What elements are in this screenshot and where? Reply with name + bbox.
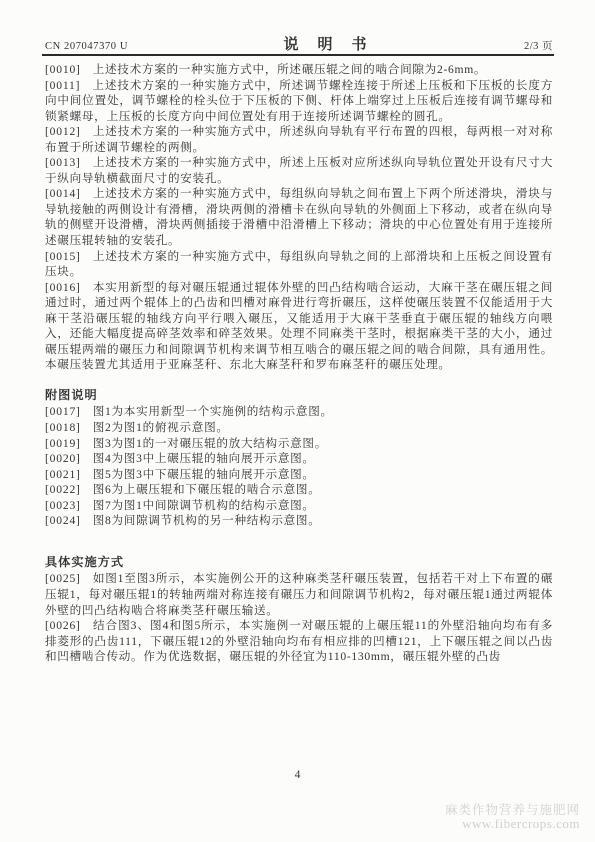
paragraph: [0020]图4为图3中上碾压辊的轴向展开示意图。	[45, 451, 553, 467]
paragraph-number: [0022]	[45, 482, 81, 498]
paragraph-text: 上述技术方案的一种实施方式中，所述上压板对应所述纵向导轨位置处开设有尺寸大于纵向…	[45, 156, 553, 185]
paragraph: [0022]图6为上碾压辊和下碾压辊的啮合示意图。	[45, 482, 553, 498]
paragraph: [0013]上述技术方案的一种实施方式中，所述上压板对应所述纵向导轨位置处开设有…	[45, 155, 553, 186]
paragraph-text: 图3为图1的一对碾压辊的放大结构示意图。	[93, 437, 327, 450]
paragraph-text: 图2为图1的俯视示意图。	[93, 421, 229, 434]
paragraph-text: 上述技术方案的一种实施方式中，每组纵向导轨之间的上部滑块和上压板之间设置有压块。	[45, 250, 553, 279]
paragraph-number: [0021]	[45, 467, 81, 483]
paragraph-number: [0018]	[45, 420, 81, 436]
paragraph-number: [0015]	[45, 249, 81, 265]
paragraph: [0010]上述技术方案的一种实施方式中，所述碾压辊之间的啮合间隙为2-6mm。	[45, 62, 553, 78]
header-divider	[42, 54, 554, 56]
watermark-site-name: 麻类作物营养与施肥网	[445, 803, 580, 817]
paragraph: [0024]图8为间隙调节机构的另一种结构示意图。	[45, 513, 553, 529]
paragraph-text: 图1为本实用新型一个实施例的结构示意图。	[93, 405, 333, 418]
paragraph: [0021]图5为图3中下碾压辊的轴向展开示意图。	[45, 467, 553, 483]
paragraph-text: 图5为图3中下碾压辊的轴向展开示意图。	[93, 468, 315, 481]
paragraph-number: [0010]	[45, 62, 81, 78]
paragraph-number: [0024]	[45, 513, 81, 529]
paragraph: [0011]上述技术方案的一种实施方式中，所述调节螺栓连接于所述上压板和下压板的…	[45, 78, 553, 125]
paragraph-number: [0014]	[45, 186, 81, 202]
paragraph-text: 上述技术方案的一种实施方式中，所述纵向导轨有平行布置的四根，每两根一对对称布置于…	[45, 125, 553, 154]
paragraph-text: 上述技术方案的一种实施方式中，所述碾压辊之间的啮合间隙为2-6mm。	[93, 63, 487, 76]
paragraph: [0026]结合图3、图4和图5所示，本实施例一对碾压辊的上碾压辊11的外壁沿轴…	[45, 618, 553, 665]
paragraph: [0019]图3为图1的一对碾压辊的放大结构示意图。	[45, 436, 553, 452]
paragraph-number: [0016]	[45, 280, 81, 296]
paragraph-text: 图4为图3中上碾压辊的轴向展开示意图。	[93, 452, 315, 465]
paragraph-number: [0011]	[45, 78, 80, 94]
page-indicator: 2/3 页	[524, 38, 553, 53]
document-number: CN 207047370 U	[45, 41, 128, 52]
page-number: 4	[0, 769, 595, 781]
page-header: CN 207047370 U 说 明 书 2/3 页	[45, 33, 553, 54]
paragraph: [0012]上述技术方案的一种实施方式中，所述纵向导轨有平行布置的四根，每两根一…	[45, 124, 553, 155]
paragraph-number: [0026]	[45, 618, 81, 634]
paragraph-text: 如图1至图3所示，本实施例公开的这种麻类茎秆碾压装置，包括若干对上下布置的碾压辊…	[45, 572, 553, 616]
paragraph: [0014]上述技术方案的一种实施方式中，每组纵向导轨之间布置上下两个所述滑块，…	[45, 186, 553, 248]
section-heading: 具体实施方式	[45, 555, 553, 571]
paragraph-number: [0017]	[45, 404, 81, 420]
paragraph-number: [0025]	[45, 571, 81, 587]
paragraph-text: 本实用新型的每对碾压辊通过辊体外壁的凹凸结构啮合运动，大麻干茎在碾压辊之间通过时…	[45, 281, 553, 372]
paragraph: [0015]上述技术方案的一种实施方式中，每组纵向导轨之间的上部滑块和上压板之间…	[45, 249, 553, 280]
paragraph-number: [0020]	[45, 451, 81, 467]
paragraph: [0016]本实用新型的每对碾压辊通过辊体外壁的凹凸结构啮合运动，大麻干茎在碾压…	[45, 280, 553, 373]
paragraph-text: 图8为间隙调节机构的另一种结构示意图。	[93, 514, 321, 527]
paragraph-number: [0023]	[45, 498, 81, 514]
paragraph: [0017]图1为本实用新型一个实施例的结构示意图。	[45, 404, 553, 420]
paragraph-text: 上述技术方案的一种实施方式中，所述调节螺栓连接于所述上压板和下压板的长度方向中间…	[45, 79, 553, 123]
paragraph-text: 上述技术方案的一种实施方式中，每组纵向导轨之间布置上下两个所述滑块，滑块与导轨接…	[45, 187, 553, 247]
document-title: 说 明 书	[284, 33, 369, 54]
section-heading: 附图说明	[45, 388, 553, 404]
document-body: [0010]上述技术方案的一种实施方式中，所述碾压辊之间的啮合间隙为2-6mm。…	[45, 62, 553, 665]
paragraph: [0025]如图1至图3所示，本实施例公开的这种麻类茎秆碾压装置，包括若干对上下…	[45, 571, 553, 618]
patent-specification-page: CN 207047370 U 说 明 书 2/3 页 [0010]上述技术方案的…	[0, 0, 595, 842]
paragraph-text: 图6为上碾压辊和下碾压辊的啮合示意图。	[93, 483, 321, 496]
watermark: 麻类作物营养与施肥网 www.fibercrops.com	[445, 803, 580, 831]
paragraph-text: 图7为图1中间隙调节机构的结构示意图。	[93, 499, 315, 512]
paragraph-text: 结合图3、图4和图5所示，本实施例一对碾压辊的上碾压辊11的外壁沿轴向均布有多排…	[45, 619, 553, 663]
paragraph-number: [0012]	[45, 124, 81, 140]
paragraph: [0023]图7为图1中间隙调节机构的结构示意图。	[45, 498, 553, 514]
paragraph-number: [0019]	[45, 436, 81, 452]
paragraph-number: [0013]	[45, 155, 81, 171]
watermark-url: www.fibercrops.com	[445, 817, 580, 831]
paragraph: [0018]图2为图1的俯视示意图。	[45, 420, 553, 436]
